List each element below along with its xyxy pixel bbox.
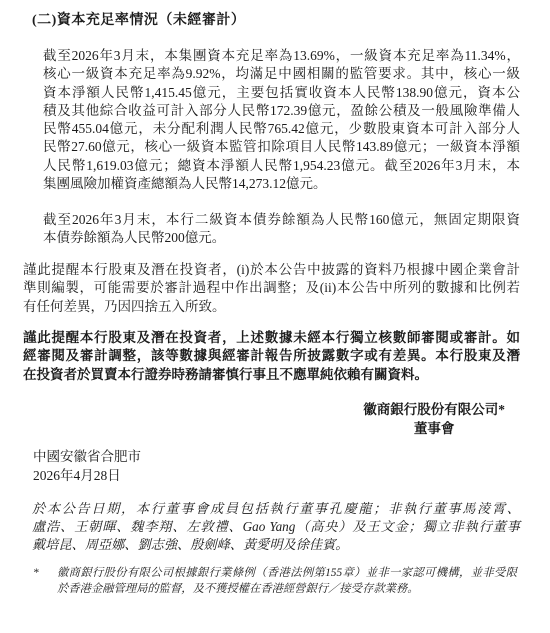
paragraph-line: 集團風險加權資產總額為人民幣14,273.12億元。 [43, 175, 520, 193]
place-line: 中國安徽省合肥市 [33, 448, 141, 467]
paragraph-line: 有任何差異，乃因四捨五入所致。 [23, 298, 520, 316]
date-line: 2026年4月28日 [33, 467, 141, 486]
paragraph-line: 謹此提醒本行股東及潛在投資者，(i)於本公告中披露的資料乃根據中國企業會計 [23, 261, 520, 279]
paragraph-line: 民幣27.60億元，核心一級資本監管扣除項目人民幣143.89億元；一級資本淨額 [43, 138, 520, 156]
paragraph-line: 戴培昆、周亞娜、劉志強、殷劍峰、黃愛明及徐佳賓。 [32, 536, 520, 554]
board-label: 董事會 [363, 419, 505, 438]
paragraph-line: 人民幣1,619.03億元；總資本淨額人民幣1,954.23億元。截至2026年… [43, 157, 520, 175]
bond-balance-paragraph: 截至2026年3月末，本行二級資本債券餘額為人民幣160億元，無固定期限資 本債… [43, 211, 520, 248]
unaudited-warning-paragraph: 謹此提醒本行股東及潛在投資者，上述數據未經本行獨立核數師審閱或審計。如 經審閱及… [23, 329, 520, 384]
paragraph-line: 在投資者於買賣本行證券時務請審慎行事且不應單純依賴有關資料。 [23, 366, 520, 384]
announcement-page: (二)資本充足率情況（未經審計） 截至2026年3月末，本集團資本充足率為13.… [0, 0, 550, 633]
section-heading: (二)資本充足率情況（未經審計） [32, 9, 245, 29]
paragraph-line: 謹此提醒本行股東及潛在投資者，上述數據未經本行獨立核數師審閱或審計。如 [23, 329, 520, 347]
paragraph-line: 準則編製，可能需要於審計過程中作出調整；及(ii)本公告中所列的數據和比例若 [23, 279, 520, 297]
paragraph-line: 本債券餘額為人民幣200億元。 [43, 229, 520, 247]
paragraph-line: 積及其他綜合收益可計入部分人民幣172.39億元，盈餘公積及一般風險準備人 [43, 102, 520, 120]
footnote-asterisk: * [33, 565, 39, 581]
paragraph-line: 資本淨額人民幣1,415.45億元，主要包括實收資本人民幣138.90億元，資本… [43, 84, 520, 102]
company-name: 徽商銀行股份有限公司* [363, 400, 505, 419]
place-date-block: 中國安徽省合肥市 2026年4月28日 [33, 448, 141, 485]
footnote: * 徽商銀行股份有限公司根據銀行業條例（香港法例第155章）並非一家認可機構，並… [33, 565, 517, 597]
paragraph-line: 盧浩、王朝暉、魏李翔、左敦禮、Gao Yang（高央）及王文金；獨立非執行董事 [32, 518, 520, 536]
paragraph-line: 經審閱及審計調整，該等數據與經審計報告所披露數字或有差異。本行股東及潛 [23, 347, 520, 365]
directors-paragraph: 於本公告日期，本行董事會成員包括執行董事孔慶龍；非執行董事馬淩霄、 盧浩、王朝暉… [32, 500, 520, 554]
paragraph-line: 於本公告日期，本行董事會成員包括執行董事孔慶龍；非執行董事馬淩霄、 [32, 500, 520, 518]
paragraph-line: 於香港金融管理局的監督，及不獲授權在香港經營銀行／接受存款業務。 [57, 581, 517, 597]
capital-adequacy-paragraph: 截至2026年3月末，本集團資本充足率為13.69%，一級資本充足率為11.34… [43, 47, 520, 193]
rounding-note-paragraph: 謹此提醒本行股東及潛在投資者，(i)於本公告中披露的資料乃根據中國企業會計 準則… [23, 261, 520, 316]
paragraph-line: 核心一級資本充足率為9.92%，均滿足中國相關的監管要求。其中，核心一級 [43, 65, 520, 83]
footnote-text: 徽商銀行股份有限公司根據銀行業條例（香港法例第155章）並非一家認可機構，並非受… [57, 565, 517, 597]
paragraph-line: 民幣455.04億元，未分配利潤人民幣765.42億元，少數股東資本可計入部分人 [43, 120, 520, 138]
signature-block: 徽商銀行股份有限公司* 董事會 [363, 400, 505, 438]
paragraph-line: 徽商銀行股份有限公司根據銀行業條例（香港法例第155章）並非一家認可機構，並非受… [57, 565, 517, 581]
paragraph-line: 截至2026年3月末，本集團資本充足率為13.69%，一級資本充足率為11.34… [43, 47, 520, 65]
paragraph-line: 截至2026年3月末，本行二級資本債券餘額為人民幣160億元，無固定期限資 [43, 211, 520, 229]
